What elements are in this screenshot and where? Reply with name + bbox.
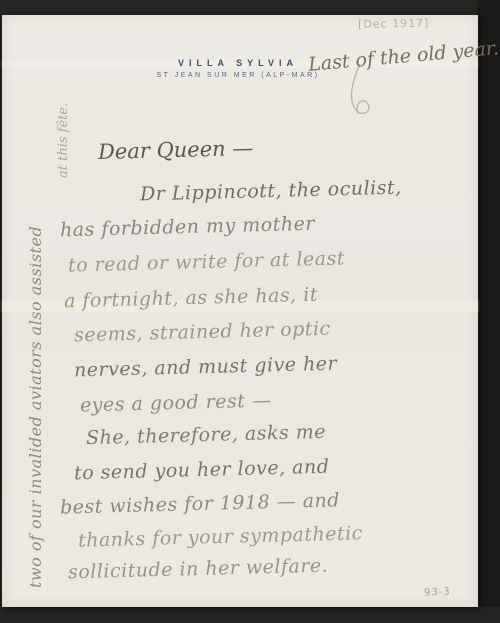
archival-page-number: 93-3 — [424, 587, 451, 599]
scanner-background-right — [477, 0, 500, 623]
scanner-background-bottom — [0, 607, 500, 623]
letterhead: VILLA SYLVIA ST JEAN SUR MER (ALP-MAR) — [0, 58, 476, 79]
scanned-letter-page: { "scan": { "annotation_top": "[Dec 1917… — [0, 0, 500, 623]
letterhead-villa-name: VILLA SYLVIA — [0, 58, 476, 68]
scanner-background-top — [0, 0, 500, 15]
letterhead-address: ST JEAN SUR MER (ALP-MAR) — [0, 72, 476, 79]
salutation: Dear Queen — — [98, 136, 254, 164]
margin-note-vertical: two of our invalided aviators also assis… — [26, 48, 45, 588]
margin-note-vertical-second: at this fête. — [56, 28, 71, 178]
archival-date-annotation: [Dec 1917] — [358, 16, 458, 31]
